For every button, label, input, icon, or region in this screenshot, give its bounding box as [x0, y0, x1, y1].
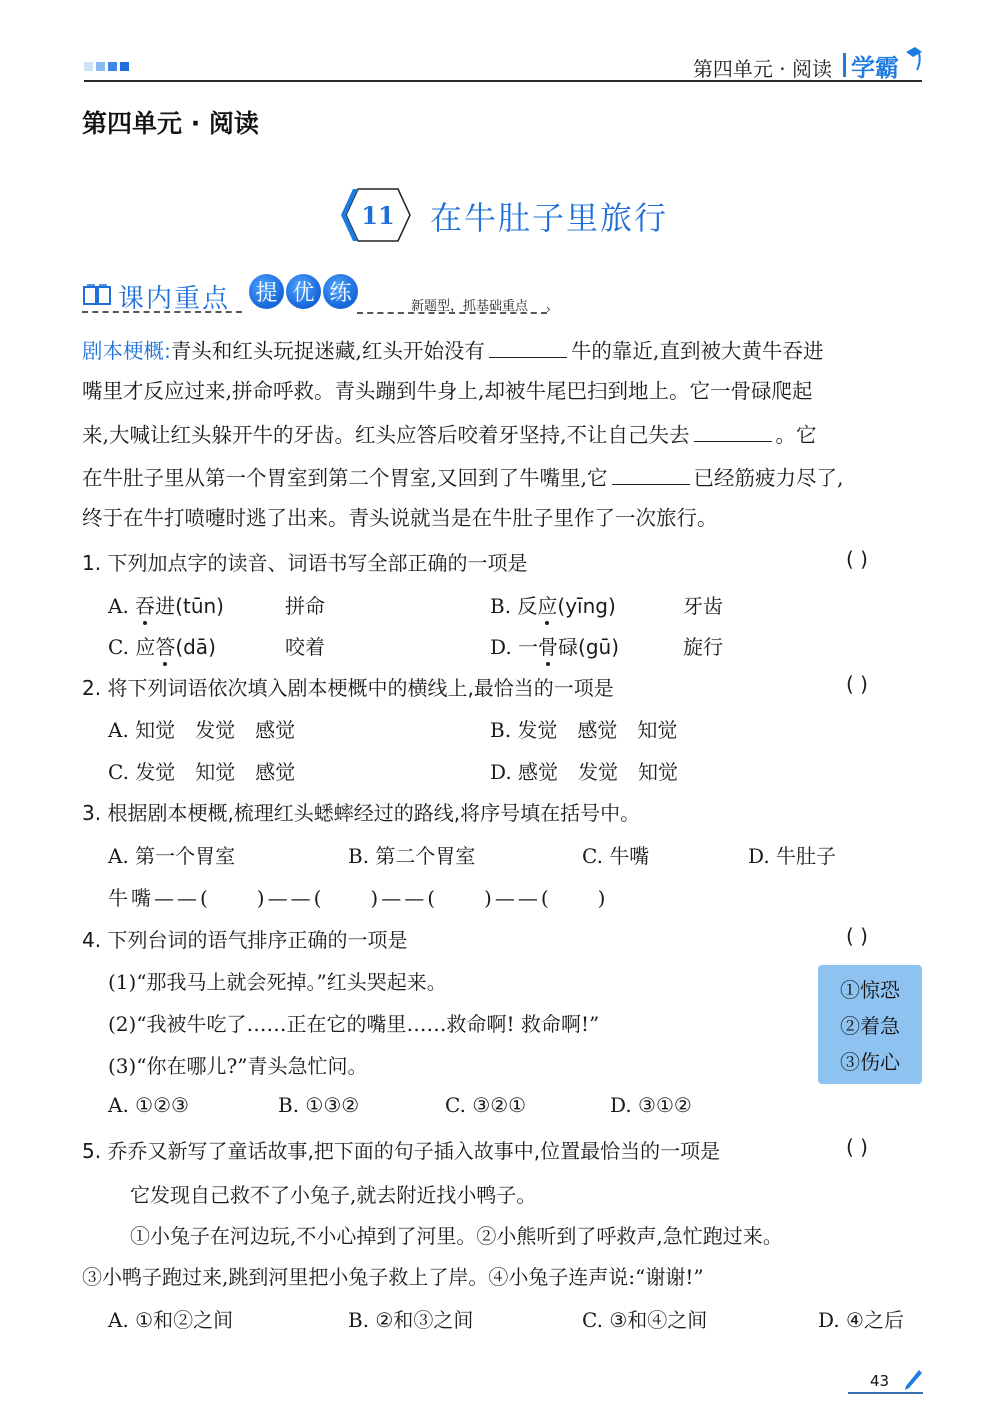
book-icon	[82, 283, 112, 307]
deco-square	[120, 62, 129, 71]
unit-title: 第四单元 · 阅读	[82, 104, 259, 140]
q5-option-d[interactable]: D. ④之后	[818, 1304, 904, 1333]
logo-divider	[843, 53, 846, 77]
q4-option-a[interactable]: A. ①②③	[108, 1093, 189, 1117]
q5-option-a[interactable]: A. ①和②之间	[108, 1304, 233, 1333]
dashed-divider	[357, 312, 547, 314]
fill-blank[interactable]	[694, 423, 772, 442]
summary-line: 嘴里才反应过来,拼命呼救。青头蹦到牛身上,却被牛尾巴扫到地上。它一骨碌爬起	[82, 381, 813, 402]
lesson-number-badge: 11	[340, 185, 412, 245]
summary-line: 终于在牛打喷嚏时逃了出来。青头说就当是在牛肚子里作了一次旅行。	[82, 508, 718, 529]
tone-item: ①惊恐	[840, 974, 900, 1003]
q1-option-a[interactable]: A. 吞进(tūn)	[108, 590, 224, 619]
section-title: 课内重点	[118, 278, 230, 315]
q3-option-a: A. 第一个胃室	[108, 840, 235, 869]
q1-option-d[interactable]: D. 一骨碌(gū)	[490, 631, 619, 660]
question-1-stem: 1. 下列加点字的读音、词语书写全部正确的一项是	[82, 547, 527, 576]
tone-item: ②着急	[840, 1010, 900, 1039]
q4-option-c[interactable]: C. ③②①	[445, 1093, 526, 1117]
q3-option-d: D. 牛肚子	[748, 840, 836, 869]
tone-options-box: ①惊恐 ②着急 ③伤心	[818, 965, 922, 1084]
q4-option-d[interactable]: D. ③①②	[610, 1093, 692, 1117]
q5-insert-sentence: 它发现自己救不了小兔子,就去附近找小鸭子。	[130, 1179, 536, 1208]
q2-option-a[interactable]: A. 知觉 发觉 感觉	[108, 714, 295, 743]
q1-option-c-word: 咬着	[285, 631, 325, 660]
header-decoration	[84, 62, 129, 71]
q3-option-b: B. 第二个胃室	[348, 840, 475, 869]
q3-option-c: C. 牛嘴	[582, 840, 649, 869]
deco-square	[108, 62, 117, 71]
page-number-underline	[848, 1392, 923, 1394]
q5-story-line: ③小鸭子跑过来,跳到河里把小兔子救上了岸。④小兔子连声说:“谢谢!”	[82, 1261, 704, 1290]
badge: 提	[249, 274, 284, 309]
badge: 优	[286, 274, 321, 309]
q4-dialogue-line: (3)“你在哪儿?”青头急忙问。	[108, 1050, 368, 1079]
q1-option-d-word: 旋行	[683, 631, 723, 660]
q4-option-b[interactable]: B. ①③②	[278, 1093, 359, 1117]
answer-blank-q1[interactable]: ( )	[846, 547, 868, 571]
question-5-stem: 5. 乔乔又新写了童话故事,把下面的句子插入故事中,位置最恰当的一项是	[82, 1135, 720, 1164]
tone-item: ③伤心	[840, 1046, 900, 1075]
q2-option-c[interactable]: C. 发觉 知觉 感觉	[108, 756, 295, 785]
running-title: 第四单元 · 阅读	[693, 53, 832, 82]
q4-dialogue-line: (2)“我被牛吃了……正在它的嘴里……救命啊! 救命啊!”	[108, 1008, 599, 1037]
answer-blank-q4[interactable]: ( )	[846, 924, 868, 948]
q4-dialogue-line: (1)“那我马上就会死掉。”红头哭起来。	[108, 966, 447, 995]
lesson-number: 11	[361, 201, 394, 230]
chevron-right-icon: ›	[546, 302, 551, 316]
summary-label: 剧本梗概:	[82, 339, 171, 363]
page-number: 43	[870, 1372, 889, 1390]
q5-option-c[interactable]: C. ③和④之间	[582, 1304, 707, 1333]
badge: 练	[323, 274, 358, 309]
answer-blank-q5[interactable]: ( )	[846, 1135, 868, 1159]
summary-line: 来,大喊让红头躲开牛的牙齿。红头应答后咬着牙坚持,不让自己失去。它	[82, 423, 817, 446]
deco-square	[84, 62, 93, 71]
q5-story-line: ①小兔子在河边玩,不小心掉到了河里。②小熊听到了呼救声,急忙跑过来。	[130, 1220, 783, 1249]
fill-blank[interactable]	[612, 466, 690, 485]
deco-square	[96, 62, 105, 71]
graduation-cap-icon	[904, 44, 922, 74]
answer-blank-q2[interactable]: ( )	[846, 672, 868, 696]
header-rule	[84, 80, 922, 82]
q1-option-c[interactable]: C. 应答(dā)	[108, 631, 216, 660]
q3-route-blanks[interactable]: 牛嘴——( )——( )——( )——( )	[108, 882, 608, 911]
lesson-title: 在牛肚子里旅行	[430, 193, 668, 239]
summary-line: 剧本梗概:青头和红头玩捉迷藏,红头开始没有牛的靠近,直到被大黄牛吞进	[82, 339, 823, 362]
q5-option-b[interactable]: B. ②和③之间	[348, 1304, 473, 1333]
dashed-divider	[82, 311, 242, 313]
q1-option-a-word: 拼命	[285, 590, 325, 619]
q2-option-b[interactable]: B. 发觉 感觉 知觉	[490, 714, 677, 743]
question-3-stem: 3. 根据剧本梗概,梳理红头蟋蟀经过的路线,将序号填在括号中。	[82, 797, 640, 826]
q1-option-b-word: 牙齿	[683, 590, 723, 619]
q1-option-b[interactable]: B. 反应(yīng)	[490, 590, 616, 619]
fill-blank[interactable]	[489, 339, 567, 358]
q2-option-d[interactable]: D. 感觉 发觉 知觉	[490, 756, 678, 785]
question-2-stem: 2. 将下列词语依次填入剧本梗概中的横线上,最恰当的一项是	[82, 672, 614, 701]
pencil-icon	[903, 1368, 923, 1392]
summary-line: 在牛肚子里从第一个胃室到第二个胃室,又回到了牛嘴里,它已经筋疲力尽了,	[82, 466, 844, 489]
brand-logo: 学霸	[851, 48, 899, 83]
section-badges: 提 优 练	[249, 274, 358, 309]
question-4-stem: 4. 下列台词的语气排序正确的一项是	[82, 924, 407, 953]
